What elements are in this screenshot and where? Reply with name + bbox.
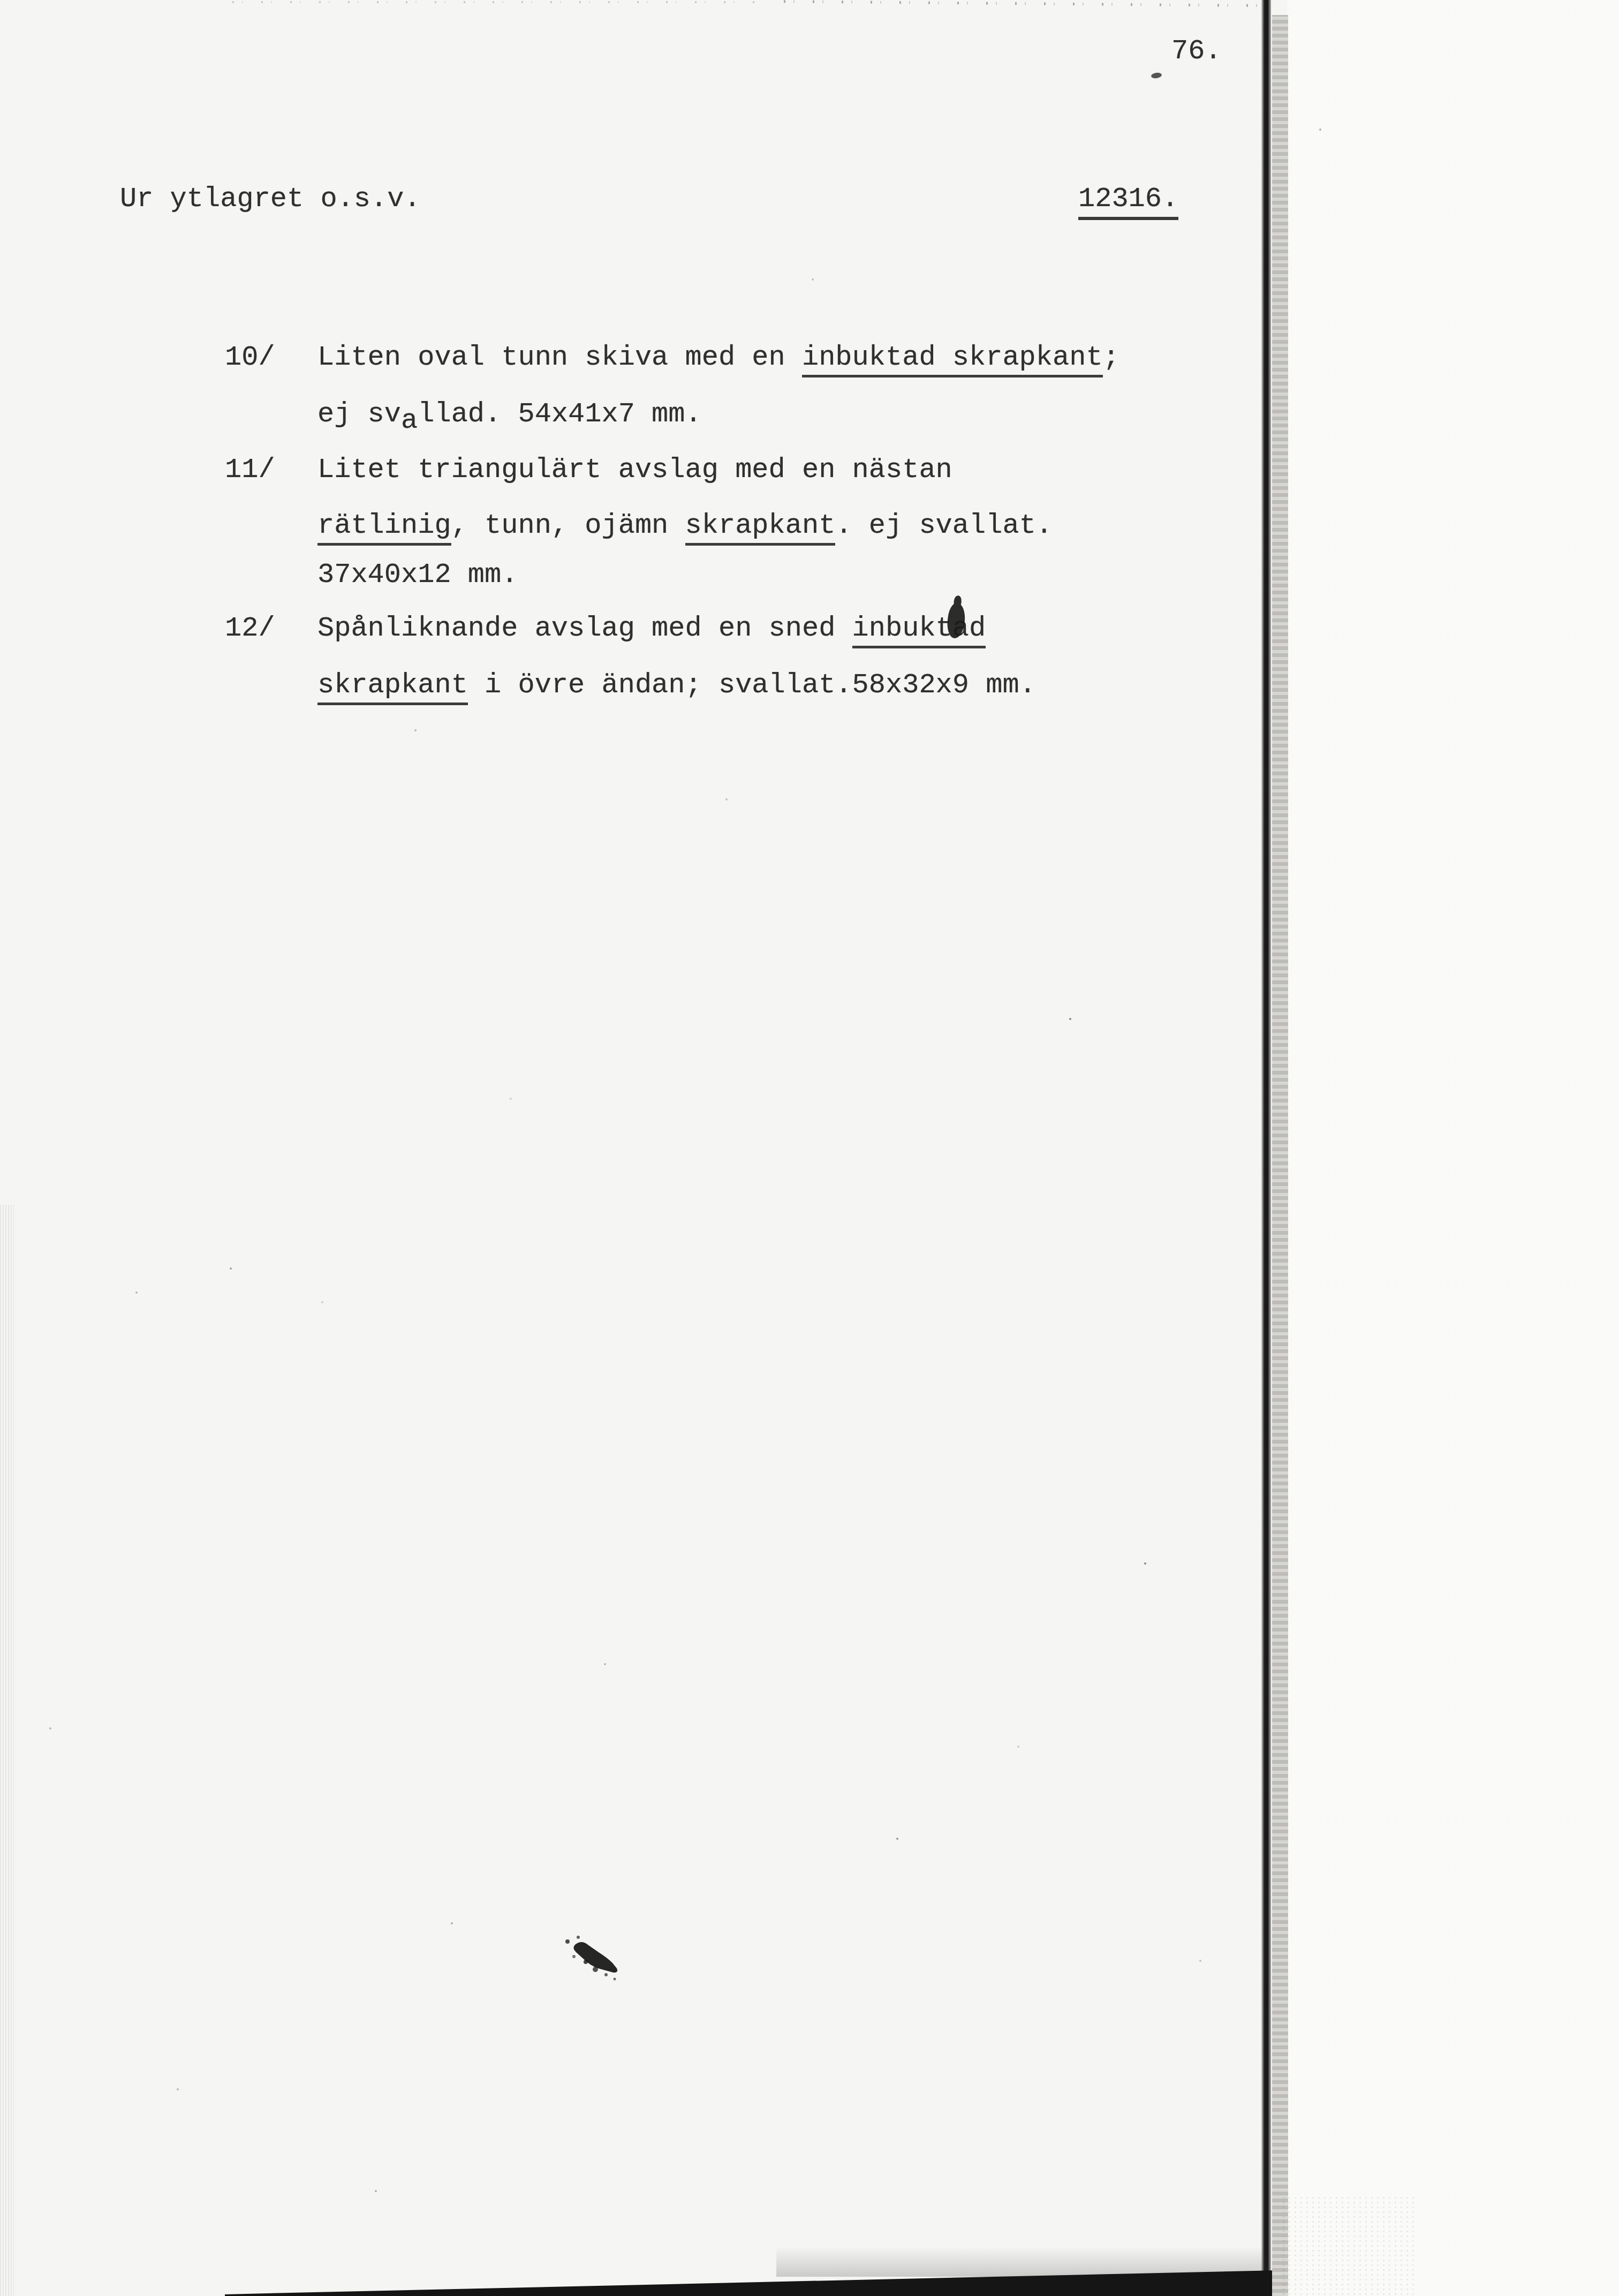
item-number-10: 10/ xyxy=(225,342,275,374)
item-11-line-2: rätlinig, tunn, ojämn skrapkant. ej sval… xyxy=(317,510,1053,542)
ink-smudge xyxy=(555,1930,640,1994)
item-12-underlined-term-2: skrapkant xyxy=(317,669,468,705)
item-10-line-2: ej svallad. 54x41x7 mm. xyxy=(317,398,702,430)
scan-noise-top-left xyxy=(214,1,760,3)
item-12-line-2-tail: i övre ändan; svallat.58x32x9 mm. xyxy=(468,669,1036,701)
item-12-line-1: Spånliknande avslag med en sned inbuktad xyxy=(317,613,986,645)
item-11-underlined-term-2: skrapkant xyxy=(685,510,836,546)
item-12-underlined-term: inbuktad xyxy=(852,613,986,648)
item-10-dropped-letter: a xyxy=(401,405,418,436)
scanned-document-page: 76. Ur ytlagret o.s.v. 12316. 10/ Liten … xyxy=(0,0,1619,2296)
sheet-number: 76. xyxy=(1171,35,1222,67)
item-11-underlined-term-1: rätlinig xyxy=(317,510,451,546)
scan-speckle-right xyxy=(1287,0,1619,2296)
item-12-line-2: skrapkant i övre ändan; svallat.58x32x9 … xyxy=(317,669,1036,701)
item-10-line-1-tail: ; xyxy=(1103,342,1119,373)
scan-streaks-left-edge xyxy=(0,1205,14,2296)
item-number-12: 12/ xyxy=(225,613,275,645)
item-10-line-1: Liten oval tunn skiva med en inbuktad sk… xyxy=(317,342,1119,374)
item-10-line-2-tail: llad. 54x41x7 mm. xyxy=(418,398,702,430)
item-11-line-2-text: , tunn, ojämn xyxy=(451,510,685,541)
item-12-line-1-text: Spånliknande avslag med en sned xyxy=(317,613,852,644)
scan-noise-top-right xyxy=(766,0,1264,7)
catalog-number: 12316. xyxy=(1078,183,1178,215)
catalog-number-underlined: 12316. xyxy=(1078,183,1178,220)
item-10-line-2-text: ej sv xyxy=(317,398,401,430)
item-11-line-1: Litet triangulärt avslag med en nästan xyxy=(317,454,952,486)
item-11-line-2-tail: . ej svallat. xyxy=(835,510,1053,541)
scan-speckle-bottom-right xyxy=(1281,2195,1414,2295)
ink-dot xyxy=(1151,72,1162,79)
header-left: Ur ytlagret o.s.v. xyxy=(120,183,421,215)
item-10-line-1-text: Liten oval tunn skiva med en xyxy=(317,342,802,373)
page-edge-shadow-band xyxy=(1272,15,1288,2296)
binding-edge-line xyxy=(1261,0,1271,2296)
paper-specks xyxy=(0,0,2,2)
item-11-line-3: 37x40x12 mm. xyxy=(317,559,518,591)
item-10-underlined-term: inbuktad skrapkant xyxy=(802,342,1103,377)
item-number-11: 11/ xyxy=(225,454,275,486)
